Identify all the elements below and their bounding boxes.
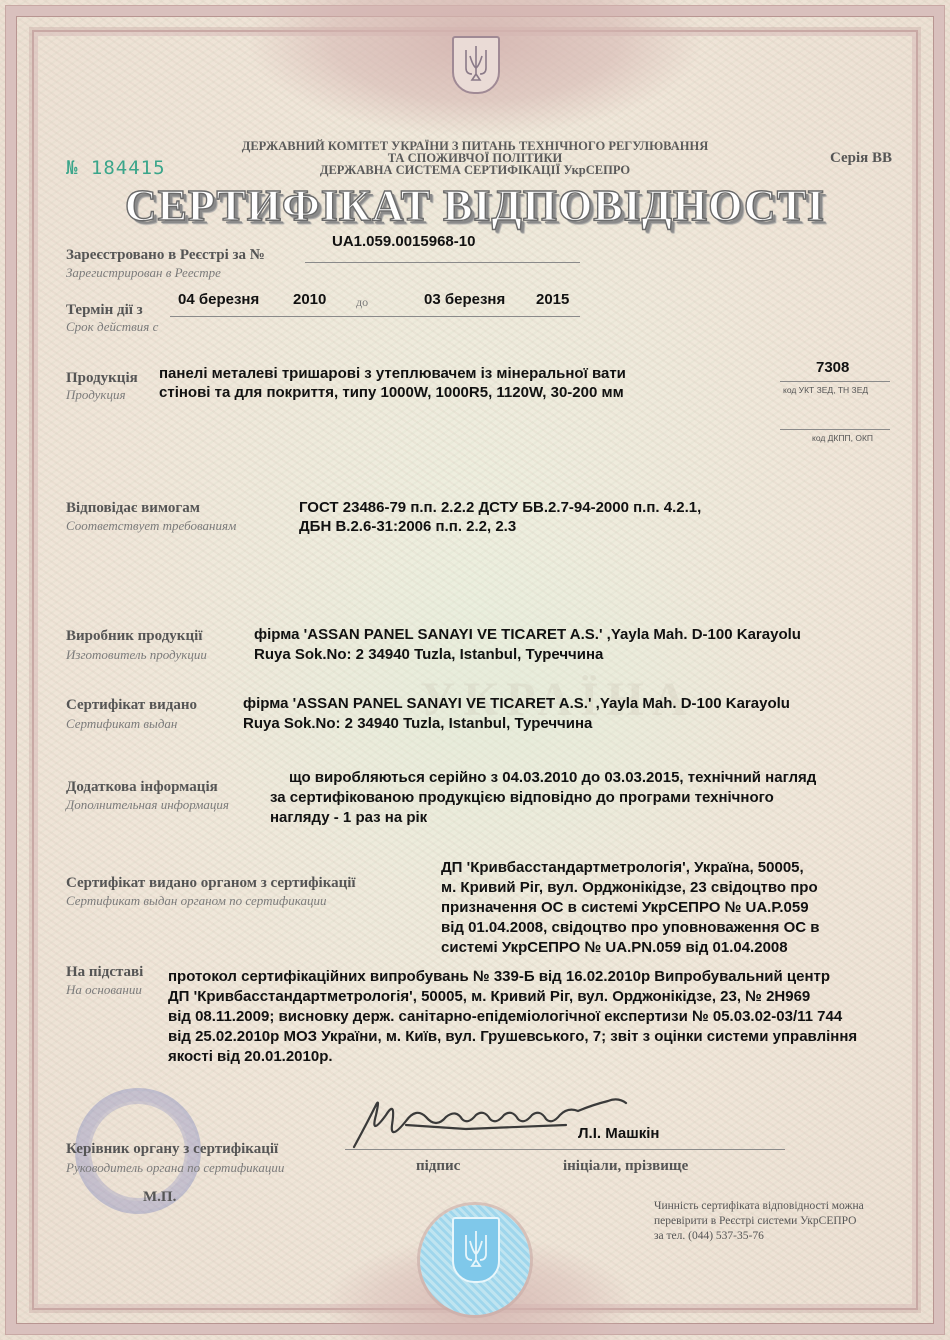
- verification-note-line-1: Чинність сертифіката відповідності можна: [654, 1199, 864, 1214]
- basis-line-2: ДП 'Кривбасстандартметрологія', 50005, м…: [168, 987, 810, 1007]
- valid-from-date: 04 березня: [178, 290, 259, 310]
- uktzed-code: 7308: [816, 358, 849, 378]
- requirements-label-ru: Соответствует требованиям: [66, 518, 236, 534]
- uktzed-underline: [780, 381, 890, 382]
- name-caption: ініціали, прізвище: [563, 1158, 688, 1175]
- cert-body-line-2: м. Кривий Ріг, вул. Орджонікідзе, 23 сві…: [441, 878, 818, 898]
- seal-place-label: М.П.: [143, 1189, 176, 1206]
- manufacturer-label: Виробник продукції: [66, 628, 202, 645]
- header-line-3: ДЕРЖАВНА СИСТЕМА СЕРТИФІКАЦІЇ УкрСЕПРО: [175, 164, 775, 177]
- head-of-body-label-ru: Руководитель органа по сертификации: [66, 1160, 284, 1176]
- hologram-seal: [420, 1205, 530, 1315]
- cert-body-line-5: системі УкрСЕПРО № UA.PN.059 від 01.04.2…: [441, 938, 788, 958]
- requirements-line-1: ГОСТ 23486-79 п.п. 2.2.2 ДСТУ БВ.2.7-94-…: [299, 498, 701, 518]
- issued-to-line-1: фірма 'ASSAN PANEL SANAYI VE TICARET A.S…: [243, 694, 790, 714]
- requirements-label: Відповідає вимогам: [66, 500, 200, 517]
- product-line-1: панелі металеві тришарові з утеплювачем …: [159, 364, 626, 384]
- additional-info-label: Додаткова інформація: [66, 779, 218, 796]
- cert-body-line-3: призначення ОС в системі УкрСЕПРО № UA.P…: [441, 898, 809, 918]
- certificate-number: № 184415: [66, 157, 166, 179]
- valid-from-year: 2010: [293, 290, 326, 310]
- cert-body-label-ru: Сертификат выдан органом по сертификации: [66, 893, 327, 909]
- valid-to-date: 03 березня: [424, 290, 505, 310]
- cert-body-label: Сертифікат видано органом з сертифікації: [66, 875, 356, 892]
- cert-body-line-4: від 01.04.2008, свідоцтво про уповноваже…: [441, 918, 819, 938]
- signatory-name: Л.І. Машкін: [578, 1124, 659, 1144]
- certificate-page: УКРАЇНА ДЕРЖАВНИЙ КОМІТЕТ УКРАЇНИ З ПИТА…: [0, 0, 950, 1340]
- additional-info-label-ru: Дополнительная информация: [66, 797, 229, 813]
- issued-to-line-2: Ruya Sok.No: 2 34940 Tuzla, Istanbul, Ту…: [243, 714, 592, 734]
- uktzed-caption: код УКТ ЗЕД, ТН ЗЕД: [783, 385, 868, 395]
- verification-phone: за тел. (044) 537-35-76: [654, 1229, 764, 1244]
- product-label-ru: Продукция: [66, 387, 126, 403]
- dkpp-caption: код ДКПП, ОКП: [812, 433, 873, 443]
- additional-info-line-2: за сертифікованою продукцією відповідно …: [270, 788, 774, 808]
- valid-to-year: 2015: [536, 290, 569, 310]
- trident-coat-of-arms-icon: [452, 36, 500, 94]
- registry-label: Зареєстровано в Реєстрі за №: [66, 247, 265, 264]
- verification-note-line-2: перевірити в Реєстрі системи УкрСЕПРО: [654, 1214, 857, 1229]
- certificate-title: СЕРТИФІКАТ ВІДПОВІДНОСТІ: [0, 180, 950, 231]
- product-line-2: стінові та для покриття, типу 1000W, 100…: [159, 383, 624, 403]
- manufacturer-line-1: фірма 'ASSAN PANEL SANAYI VE TICARET A.S…: [254, 625, 801, 645]
- certificate-series: Серія ВВ: [830, 150, 892, 167]
- valid-to-label: до: [356, 295, 368, 310]
- basis-line-4: від 25.02.2010р МОЗ України, м. Київ, ву…: [168, 1027, 857, 1047]
- basis-line-1: протокол сертифікаційних випробувань № 3…: [168, 967, 830, 987]
- manufacturer-label-ru: Изготовитель продукции: [66, 647, 207, 663]
- cert-body-line-1: ДП 'Кривбасстандартметрологія', Україна,…: [441, 858, 804, 878]
- issued-to-label-ru: Сертификат выдан: [66, 716, 177, 732]
- validity-underline: [170, 316, 580, 317]
- basis-label: На підставі: [66, 964, 143, 981]
- manufacturer-line-2: Ruya Sok.No: 2 34940 Tuzla, Istanbul, Ту…: [254, 645, 603, 665]
- requirements-line-2: ДБН В.2.6-31:2006 п.п. 2.2, 2.3: [299, 517, 516, 537]
- additional-info-line-3: нагляду - 1 раз на рік: [270, 808, 427, 828]
- registry-underline: [305, 262, 580, 263]
- validity-label-ru: Срок действия с: [66, 319, 158, 335]
- registry-label-ru: Зарегистрирован в Реестре: [66, 265, 221, 281]
- additional-info-line-1: що виробляються серійно з 04.03.2010 до …: [289, 768, 816, 788]
- signature-underline: [345, 1149, 785, 1150]
- head-of-body-label: Керівник органу з сертифікації: [66, 1141, 278, 1158]
- basis-line-3: від 08.11.2009; висновку держ. санітарно…: [168, 1007, 842, 1027]
- validity-label: Термін дії з: [66, 302, 143, 319]
- dkpp-underline: [780, 429, 890, 430]
- basis-label-ru: На основании: [66, 982, 142, 998]
- trident-hologram-icon: [452, 1217, 500, 1283]
- basis-line-5: якості від 20.01.2010р.: [168, 1047, 333, 1067]
- issued-to-label: Сертифікат видано: [66, 697, 197, 714]
- product-label: Продукція: [66, 370, 138, 387]
- registry-number: UA1.059.0015968-10: [332, 232, 475, 252]
- signature-caption: підпис: [416, 1158, 460, 1175]
